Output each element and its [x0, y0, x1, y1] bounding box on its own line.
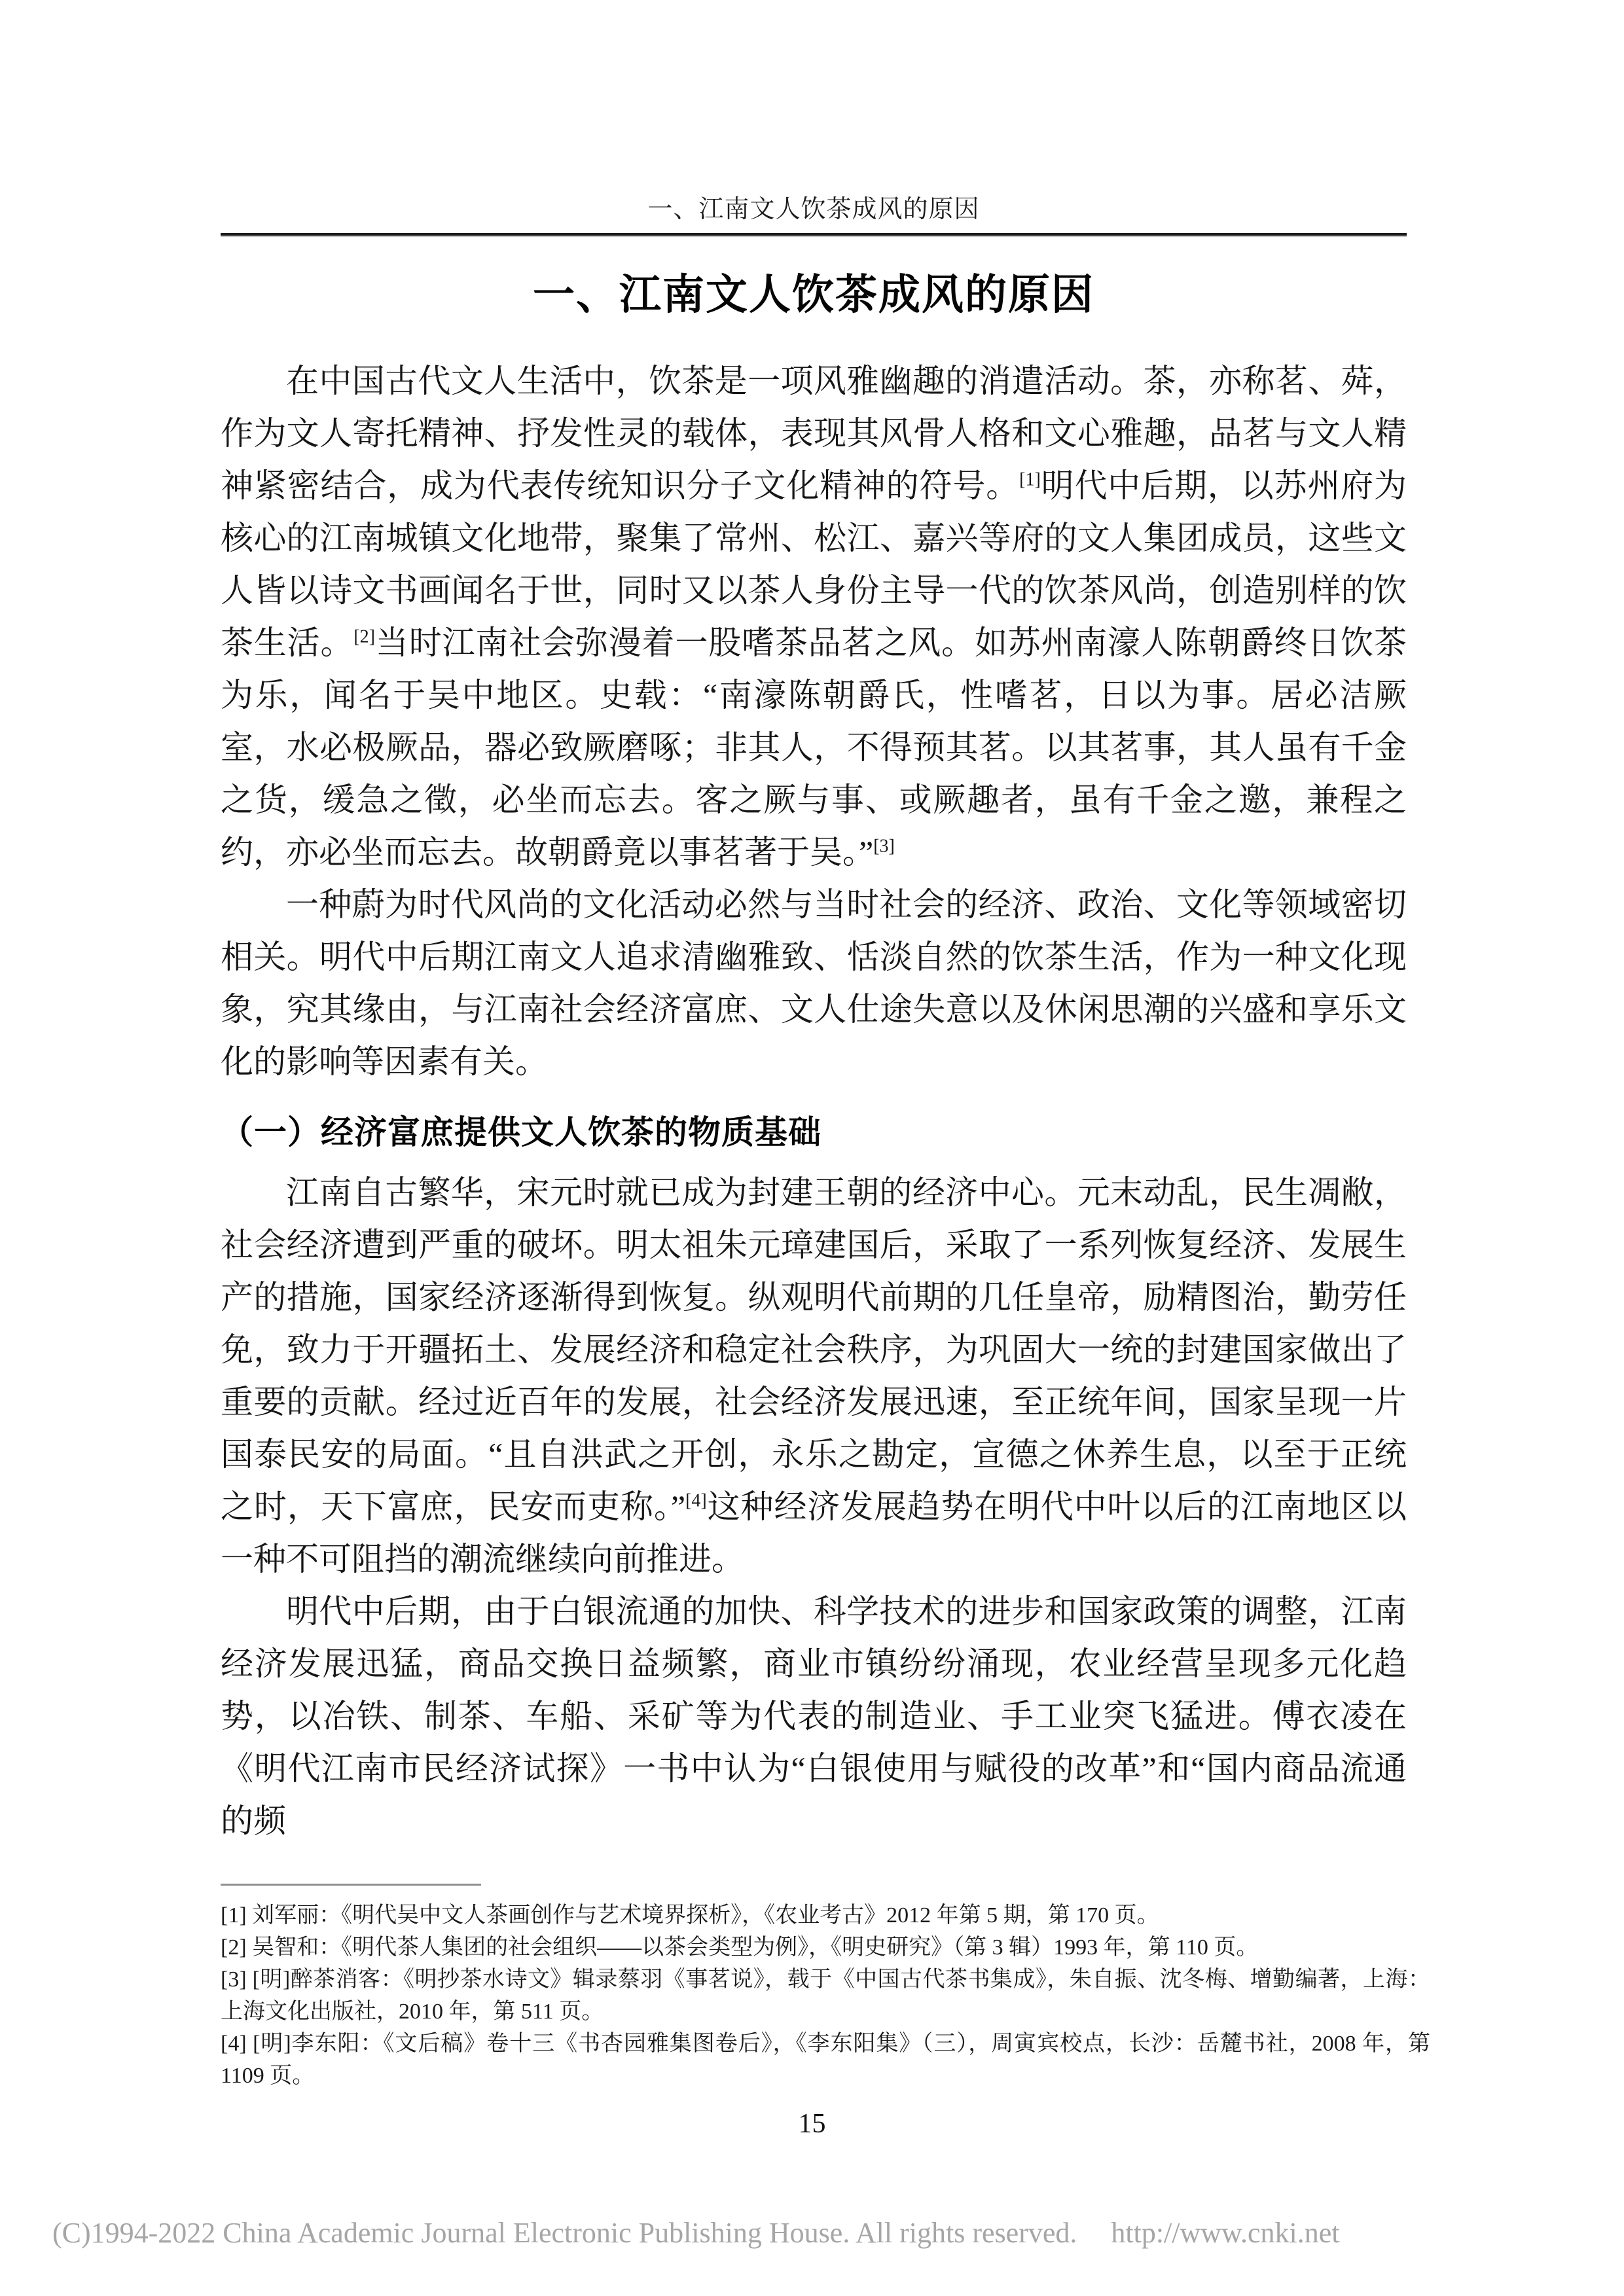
header-rule	[221, 233, 1407, 236]
footnote-reference: [4]	[685, 1490, 707, 1511]
paragraph: 明代中后期，由于白银流通的加快、科学技术的进步和国家政策的调整，江南经济发展迅猛…	[221, 1585, 1407, 1847]
copyright-text: (C)1994-2022 China Academic Journal Elec…	[52, 2217, 1077, 2249]
paragraph: 在中国古代文人生活中，饮茶是一项风雅幽趣的消遣活动。茶，亦称茗、荈，作为文人寄托…	[221, 355, 1407, 878]
footnote: [2] 吴智和：《明代茶人集团的社会组织——以茶会类型为例》，《明史研究》（第 …	[221, 1931, 1430, 1964]
page-title: 一、江南文人饮茶成风的原因	[221, 270, 1407, 319]
paragraph: 江南自古繁华，宋元时就已成为封建王朝的经济中心。元末动乱，民生凋敝，社会经济遭到…	[221, 1166, 1407, 1585]
footnote: [1] 刘军丽：《明代吴中文人茶画创作与艺术境界探析》，《农业考古》2012 年…	[221, 1899, 1430, 1931]
footnote-reference: [1]	[1019, 469, 1041, 490]
page-footer: (C)1994-2022 China Academic Journal Elec…	[52, 2216, 1578, 2250]
document-page: 一、江南文人饮茶成风的原因 一、江南文人饮茶成风的原因 在中国古代文人生活中，饮…	[0, 0, 1624, 2296]
footer-url: http://www.cnki.net	[1111, 2217, 1339, 2249]
footnote-separator	[221, 1884, 481, 1886]
paragraph: 一种蔚为时代风尚的文化活动必然与当时社会的经济、政治、文化等领域密切相关。明代中…	[221, 878, 1407, 1088]
page-number: 15	[0, 2108, 1624, 2140]
running-head: 一、江南文人饮茶成风的原因	[221, 194, 1407, 225]
footnote-reference: [3]	[873, 836, 895, 856]
section-heading: （一）经济富庶提供文人饮茶的物质基础	[221, 1105, 1407, 1160]
footnote-reference: [2]	[353, 626, 375, 647]
footnote: [4] [明]李东阳：《文后稿》卷十三《书杏园雅集图卷后》，《李东阳集》（三），…	[221, 2028, 1430, 2092]
document-body: 在中国古代文人生活中，饮茶是一项风雅幽趣的消遣活动。茶，亦称茗、荈，作为文人寄托…	[221, 355, 1407, 1847]
footnotes-block: [1] 刘军丽：《明代吴中文人茶画创作与艺术境界探析》，《农业考古》2012 年…	[221, 1899, 1430, 2092]
footnote: [3] [明]醉茶消客：《明抄茶水诗文》辑录蔡羽《事茗说》，载于《中国古代茶书集…	[221, 1964, 1430, 2028]
